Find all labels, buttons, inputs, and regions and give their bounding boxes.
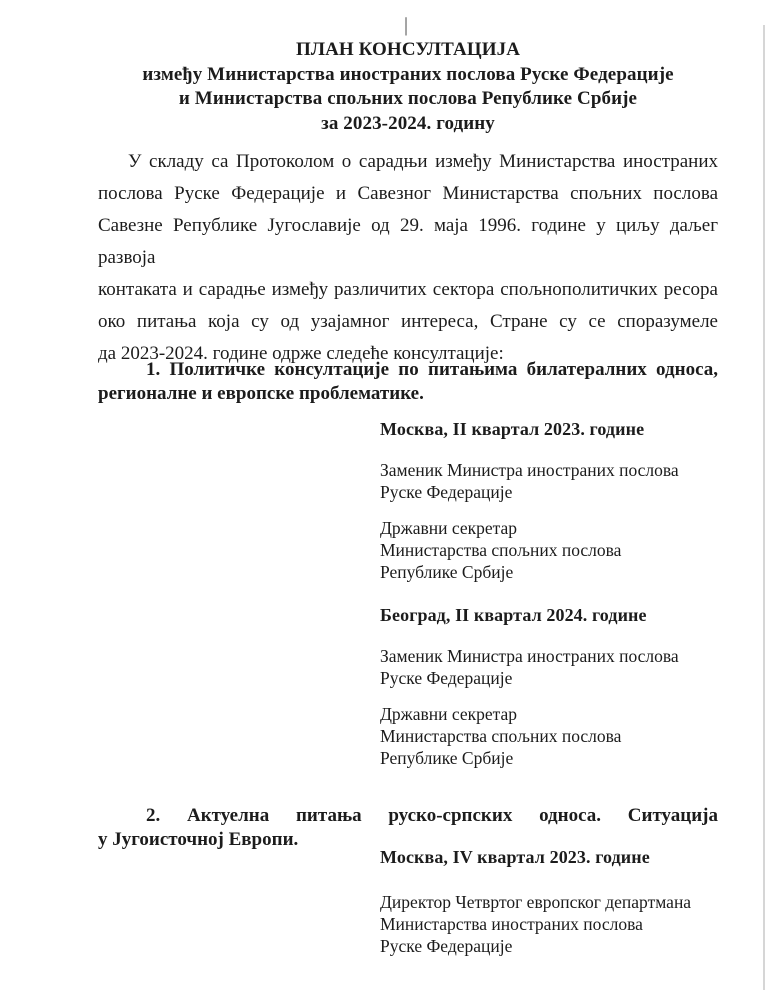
participant-line: Министарства спољних послова [380, 539, 621, 561]
participant-group: Директор Четвртог европског департмана М… [380, 891, 691, 957]
document-title: ПЛАН КОНСУЛТАЦИЈА између Министарства ин… [98, 38, 718, 137]
intro-line: контаката и сарадње између различитих се… [98, 274, 718, 306]
section-heading-line: 2. Актуелна питања руско-српских односа.… [98, 804, 718, 828]
participant-line: Републике Србије [380, 747, 621, 769]
participant-group: Државни секретар Министарства спољних по… [380, 517, 621, 583]
title-line-3: и Министарства спољних послова Републике… [98, 87, 718, 112]
participant-line: Државни секретар [380, 703, 621, 725]
participant-line: Руске Федерације [380, 935, 691, 957]
participant-line: Руске Федерације [380, 481, 679, 503]
title-line-2: између Министарства иностраних послова Р… [98, 63, 718, 88]
meeting-venue: Москва, II квартал 2023. године [380, 418, 644, 440]
document-page: | ПЛАН КОНСУЛТАЦИЈА између Министарства … [0, 0, 770, 990]
page-edge-line [763, 25, 765, 990]
participant-line: Државни секретар [380, 517, 621, 539]
participant-group: Државни секретар Министарства спољних по… [380, 703, 621, 769]
participant-group: Заменик Министра иностраних послова Руск… [380, 645, 679, 689]
meeting-venue: Београд, II квартал 2024. године [380, 604, 647, 626]
participant-line: Заменик Министра иностраних послова [380, 459, 679, 481]
section-heading-line: регионалне и европске проблематике. [98, 382, 718, 406]
intro-line: око питања која су од узајамног интереса… [98, 306, 718, 338]
participant-line: Руске Федерације [380, 667, 679, 689]
meeting-venue: Москва, IV квартал 2023. године [380, 846, 650, 868]
participant-line: Републике Србије [380, 561, 621, 583]
section-1-heading: 1. Политичке консултације по питањима би… [98, 358, 718, 406]
title-line-4: за 2023-2024. годину [98, 112, 718, 137]
participant-line: Директор Четвртог европског департмана [380, 891, 691, 913]
title-line-1: ПЛАН КОНСУЛТАЦИЈА [98, 38, 718, 63]
intro-line: У складу са Протоколом о сарадњи између … [98, 146, 718, 178]
intro-line: послова Руске Федерације и Савезног Мини… [98, 178, 718, 210]
section-heading-line: 1. Политичке консултације по питањима би… [98, 358, 718, 382]
participant-line: Министарства спољних послова [380, 725, 621, 747]
participant-line: Заменик Министра иностраних послова [380, 645, 679, 667]
participant-group: Заменик Министра иностраних послова Руск… [380, 459, 679, 503]
text-cursor: | [404, 14, 408, 37]
intro-line: Савезне Републике Југославије од 29. мај… [98, 210, 718, 274]
intro-paragraph: У складу са Протоколом о сарадњи између … [98, 146, 718, 370]
participant-line: Министарства иностраних послова [380, 913, 691, 935]
section-2-heading: 2. Актуелна питања руско-српских односа.… [98, 804, 718, 852]
